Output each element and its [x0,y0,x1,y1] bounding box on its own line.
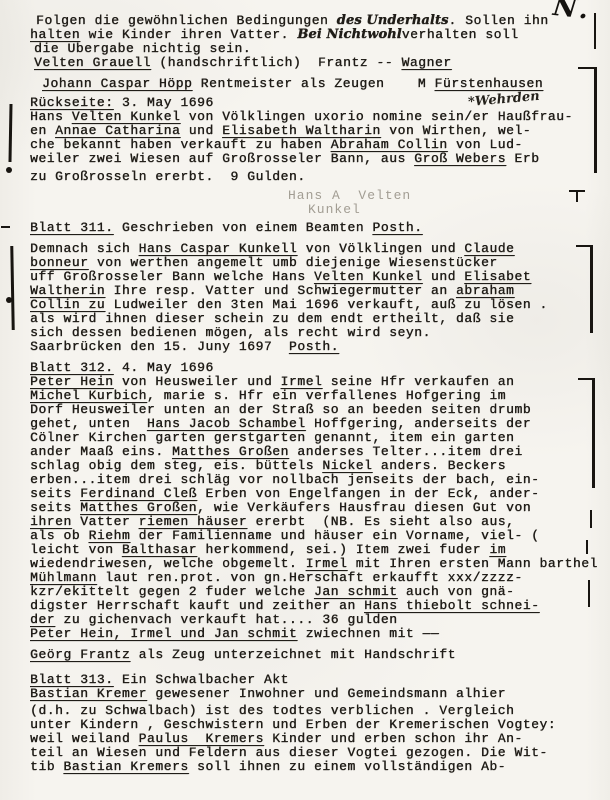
handwritten-correction: des Underhalts [337,13,449,28]
typed-text: , marie s. Hfr ein verfallenes Hofgering… [147,388,506,403]
typed-text: Folgen die gewöhnlichen Bedingungen [36,13,337,28]
typed-text: Kunkel [308,202,361,217]
typed-text: ander Maaß eins. [30,444,172,459]
text-line: Peter Hein von Heusweiler und Irmel sein… [30,375,604,389]
underlined-name: Michel Kurbich [30,388,147,403]
document-text: Folgen die gewöhnlichen Bedingungen des … [30,14,604,774]
right-margin-line-top [594,13,596,49]
typed-text: Rentmeister als Zeugen M [192,76,434,91]
underlined-name: Waltherin [30,283,105,298]
underlined-name: Hans Caspar Kunkell [139,241,298,256]
faded-signature-line: Kunkel [308,203,604,217]
typed-text: von Lud- [448,137,523,152]
typed-text: Demnach sich [30,241,139,256]
text-line: weil weiland Paulus Kremers Kinder und e… [30,732,604,746]
typed-text: digster Herrschaft kauft und zeither an [30,598,364,613]
typed-text: Ludweiler den 3ten Mai 1696 verkauft, au… [105,297,548,312]
underlined-name: riemen häuser [139,514,248,529]
right-bracket-1-serif [578,67,595,69]
text-line: Demnach sich Hans Caspar Kunkell von Völ… [30,242,604,256]
underlined-name: Rückseite: [30,95,114,110]
text-line: Mühlmann laut ren.prot. von gn.Herschaft… [30,571,604,585]
underlined-name: Fürstenhausen [435,76,544,91]
typed-text: tib [30,759,63,774]
typed-text: zu Großrosseln ererbt. 9 Gulden. [30,169,306,184]
typed-text: zu gichenvach verkauft hat.... 36 gulden [55,612,397,627]
text-line: digster Herrschaft kauft und zeither an … [30,599,604,613]
text-line: die Ubergabe nichtig sein. [34,42,604,56]
text-line: Saarbrücken den 15. Juny 1697 Posth. [30,340,604,354]
text-line: teil an Wiesen und Feldern aus dieser Vo… [30,746,604,760]
underlined-name: halten [30,27,80,42]
typed-text: wie Kinder ihren Vatter. [80,27,297,42]
text-line: en Annae Catharina und Elisabeth Walthar… [30,124,604,138]
typed-text: gehet, unten [30,416,147,431]
underlined-name: Irmel [281,374,323,389]
typed-text: laut ren.prot. von gn.Herschaft erkaufft… [97,570,523,585]
underlined-name: Groß Webers [414,151,506,166]
typed-text: von Völklingen uxorio nomine sein/er Hau… [180,109,573,124]
right-bracket-2 [590,245,593,333]
underlined-name: Posth. [289,339,339,354]
typed-text: als wird ihnen dieser schein zu dem endt… [30,311,514,326]
section-heading: Blatt 311. Geschrieben von einem Beamten… [30,221,604,235]
typed-text: che bekannt haben verkauft zu haben [30,137,331,152]
text-line: Cölner Kirchen garten gerstgarten genann… [30,431,604,445]
right-tick-2 [586,540,588,554]
right-bracket-1 [594,67,597,173]
typed-text: gewesener Inwohner und Gemeindsmann alhi… [147,686,506,701]
underlined-name: Blatt 312. [30,360,114,375]
typed-text: Vatter [72,514,139,529]
typed-text: Hoffgering, anderseits der [306,416,531,431]
text-line: che bekannt haben verkauft zu haben Abra… [30,138,604,152]
typed-text: seine Hfr verkaufen an [322,374,514,389]
text-line: bonneur von werthen angemelt umb diejeni… [30,256,604,270]
text-line: gehet, unten Hans Jacob Schambel Hoffger… [30,417,604,431]
typed-text: und [180,123,222,138]
underlined-name: der [30,612,55,627]
text-line: sich dessen bedienen mögen, als recht wi… [30,326,604,340]
typed-text: (d.h. zu Schwalbach) ist des todtes verb… [30,703,514,718]
typed-text: Ihre resp. Vatter und Schwiegermutter an [105,283,456,298]
typed-text: mit Ihren ersten Mann barthel [347,556,598,571]
typed-text: Saarbrücken den 15. Juny 1697 [30,339,289,354]
typed-text: Hans A Velten [288,188,411,203]
underlined-name: Elisabeth Waltharin [222,123,381,138]
text-line: der zu gichenvach verkauft hat.... 36 gu… [30,613,604,627]
text-line: leicht von Balthasar herkommend, sei.) I… [30,543,604,557]
text-line: Dorf Heusweiler unten an der Straß so an… [30,403,604,417]
text-line: Michel Kurbich, marie s. Hfr ein verfall… [30,389,604,403]
underlined-name: Velten Grauell [34,55,151,70]
text-line: weiler zwei Wiesen auf Großrosseler Bann… [30,152,604,166]
typed-text: weiler zwei Wiesen auf Großrosseler Bann… [30,151,414,166]
left-margin-line-1 [8,104,12,162]
typed-text: von Wirthen, wel- [381,123,531,138]
left-margin-dash [1,226,10,228]
underlined-name: Matthes Großen [80,500,197,515]
underlined-name: Balthasar [122,542,197,557]
underlined-name: Ferdinand Cleß [80,486,197,501]
text-line: Johann Caspar Höpp Rentmeister als Zeuge… [42,77,604,91]
typed-text: Geschrieben von einem Beamten [114,220,373,235]
underlined-name: Posth. [372,220,422,235]
section-heading: Blatt 312. 4. May 1696 [30,361,604,375]
typed-text: Erben von Engelfangen in der Eck, ander- [197,486,539,501]
text-line: Geörg Frantz als Zeug unterzeichnet mit … [30,648,604,662]
text-line: Waltherin Ihre resp. Vatter und Schwiege… [30,284,604,298]
underlined-name: Riehm [88,528,130,543]
typed-text: als ob [30,528,88,543]
text-line: tib Bastian Kremers soll ihnen zu einem … [30,760,604,774]
underlined-name: Jan schmit [314,584,398,599]
underlined-name: Wagner [401,55,451,70]
handwritten-correction: Bei Nichtwohl [297,27,401,42]
text-line: ihren Vatter riemen häuser ererbt (NB. E… [30,515,604,529]
text-line: halten wie Kinder ihren Vatter. Bei Nich… [30,28,604,42]
underlined-name: Geörg Frantz [30,647,130,662]
typed-text: , wie Verkäufers Hausfrau diesen Gut von [197,500,531,515]
typed-text: anders. Beckers [372,458,506,473]
underlined-name: Collin zu [30,297,105,312]
typed-text: von Völklingen und [297,241,464,256]
right-short-line-2 [588,580,590,607]
typed-text: sich dessen bedienen mögen, als recht wi… [30,325,431,340]
typed-text: Hans [30,109,72,124]
typed-text: 4. May 1696 [114,360,214,375]
typed-text: ererbt (NB. Es sieht also aus, [247,514,514,529]
text-line: Bastian Kremer gewesener Inwohner und Ge… [30,687,604,701]
typed-text: erben...item drei schläg vor nollbach je… [30,472,539,487]
text-line: ander Maaß eins. Matthes Großen anderses… [30,445,604,459]
underlined-name: Nickel [322,458,372,473]
typed-text: die Ubergabe nichtig sein. [34,41,251,56]
typed-text: der Familienname und häuser ein Vorname,… [130,528,539,543]
text-line: seits Ferdinand Cleß Erben von Engelfang… [30,487,604,501]
typed-text: wiedendriwesen, welche obgemelt. [30,556,306,571]
underlined-name: Paulus Kremers [139,731,264,746]
underlined-name: Matthes Großen [172,444,289,459]
typed-text: uff Großrosseler Bann welche Hans [30,269,314,284]
underlined-name: Hans thiebolt schnei- [364,598,539,613]
scanned-document-page: Folgen die gewöhnlichen Bedingungen des … [0,0,610,800]
underlined-name: Velten Kunkel [314,269,423,284]
text-line: Velten Grauell (handschriftlich) Frantz … [34,56,604,70]
underlined-name: Johann Caspar Höpp [42,76,192,91]
typed-text: anderses Telter...item drei [289,444,523,459]
typed-text: soll ihnen zu einem vollständigen Ab- [189,759,506,774]
underlined-name: Velten Kunkel [72,109,181,124]
typed-text: schlag obig dem steg, eis. büttels [30,458,322,473]
underlined-name: Blatt 311. [30,220,114,235]
section-heading: Blatt 313. Ein Schwalbacher Akt [30,673,604,687]
typed-text: und [423,269,465,284]
text-line: unter Kindern , Geschwistern und Erben d… [30,718,604,732]
typed-text: (handschriftlich) Frantz -- [151,55,402,70]
underlined-name: Peter Hein, Irmel und Jan schmit [30,626,297,641]
typed-text: unter Kindern , Geschwistern und Erben d… [30,717,556,732]
typed-text: herkommend, sei.) Item zwei fuder [197,542,489,557]
typed-text: auch von gnä- [397,584,514,599]
underlined-name: bonneur [30,255,88,270]
typed-text: von werthen angemelt umb diejenige Wiese… [88,255,497,270]
text-line: wiedendriwesen, welche obgemelt. Irmel m… [30,557,604,571]
typed-text: seits [30,500,80,515]
underlined-name: Blatt 313. [30,672,114,687]
typed-text: seits [30,486,80,501]
underlined-name: ihren [30,514,72,529]
underlined-name: Hans Jacob Schambel [147,416,306,431]
text-line: uff Großrosseler Bann welche Hans Velten… [30,270,604,284]
text-line: kzr/ekittelt gegen 2 fuder welche Jan sc… [30,585,604,599]
right-short-line-1 [590,510,592,528]
underlined-name: Bastian Kremers [63,759,188,774]
typed-text: von Heusweiler und [114,374,281,389]
right-bracket-3 [592,378,595,488]
text-line: Folgen die gewöhnlichen Bedingungen des … [36,14,604,28]
typed-text: en [30,123,55,138]
text-line: zu Großrosseln ererbt. 9 Gulden. [30,170,604,184]
underlined-name: Abraham Collin [331,137,448,152]
left-margin-line-2 [10,246,14,330]
text-line: seits Matthes Großen, wie Verkäufers Hau… [30,501,604,515]
typed-text: . Sollen ihn [448,13,548,28]
text-line: als ob Riehm der Familienname und häuser… [30,529,604,543]
left-margin-dot-2 [6,297,12,303]
typed-text: verhalten soll [402,27,519,42]
underlined-name: Bastian Kremer [30,686,147,701]
handwritten-corner-mark: N. [552,0,594,26]
underlined-name: Elisabet [464,269,531,284]
typed-text: teil an Wiesen und Feldern aus dieser Vo… [30,745,548,760]
right-tick-1-stem [576,190,578,202]
typed-text: Erb [506,151,539,166]
underlined-name: Mühlmann [30,570,97,585]
underlined-name: Annae Catharina [55,123,180,138]
text-line: Collin zu Ludweiler den 3ten Mai 1696 ve… [30,298,604,312]
typed-text: 3. May 1696 [114,95,214,110]
typed-text: weil weiland [30,731,139,746]
typed-text: als Zeug unterzeichnet mit Handschrift [130,647,456,662]
underlined-name: Irmel [306,556,348,571]
faded-signature-line: Hans A Velten [288,189,604,203]
typed-text: leicht von [30,542,122,557]
typed-text: Kinder und erben schon ihr An- [264,731,523,746]
text-line: (d.h. zu Schwalbach) ist des todtes verb… [30,704,604,718]
left-margin-dot-1 [6,167,12,173]
typed-text: Dorf Heusweiler unten an der Straß so an… [30,402,531,417]
underlined-name: abraham [456,283,514,298]
typed-text: kzr/ekittelt gegen 2 fuder welche [30,584,314,599]
underlined-name: Peter Hein [30,374,114,389]
typed-text: Ein Schwalbacher Akt [114,672,289,687]
typed-text: Cölner Kirchen garten gerstgarten genann… [30,430,514,445]
underlined-name: im [489,542,506,557]
text-line: als wird ihnen dieser schein zu dem endt… [30,312,604,326]
text-line: erben...item drei schläg vor nollbach je… [30,473,604,487]
underlined-name: Claude [464,241,514,256]
text-line: Hans Velten Kunkel von Völklingen uxorio… [30,110,604,124]
text-line: Peter Hein, Irmel und Jan schmit zwiechn… [30,627,604,641]
typed-text: zwiechnen mit —— [297,626,439,641]
text-line: schlag obig dem steg, eis. büttels Nicke… [30,459,604,473]
